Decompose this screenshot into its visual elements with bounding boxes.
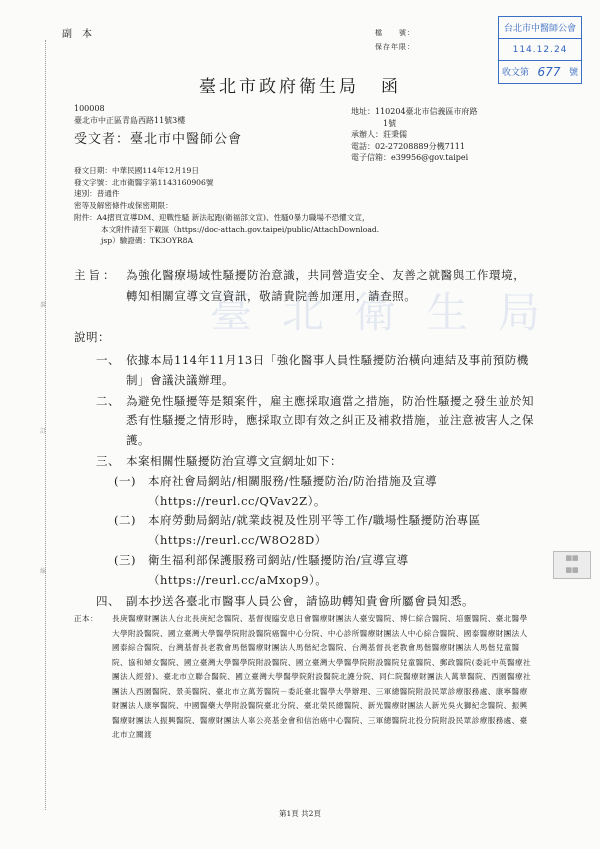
handler-label: 承辦人： — [351, 130, 383, 139]
email-label: 電子信箱： — [351, 153, 391, 162]
sub-item-text: 衛生福利部保護服務司網站/性騷擾防治/宣導宣導（https://reurl.cc… — [136, 551, 536, 591]
receipt-stamp-date: 114.12.24 — [499, 39, 581, 61]
sub-item-number: (二) — [114, 511, 136, 551]
item-number: 一、 — [96, 351, 126, 391]
contact-address-label: 地址： — [351, 107, 375, 116]
recipient-label: 受文者： — [74, 132, 130, 147]
item-text: 副本抄送各臺北市醫事人員公會，請協助轉知貴會所屬會員知悉。 — [126, 592, 474, 612]
binding-mark-ding: 訂 — [40, 426, 46, 435]
explanation-label: 說明： — [74, 329, 110, 345]
speed-label: 速別： — [74, 189, 97, 198]
subject-label: 主旨： — [74, 265, 126, 307]
phone-number: 02-27208889分機7111 — [375, 142, 465, 151]
secrecy-label: 密等及解密條件或保密期限： — [74, 201, 173, 210]
binding-mark-zhuang: 裝 — [40, 300, 46, 309]
sub-item-number: (一) — [114, 472, 136, 512]
binding-line — [45, 40, 46, 810]
explanation-item: 一、 依據本局114年11月13日「強化醫事人員性騷擾防治橫向連結及事前預防機制… — [96, 351, 536, 391]
item-number: 四、 — [96, 592, 126, 612]
cc-label: 正本： — [74, 612, 112, 743]
email-address: e39956@gov.taipei — [391, 153, 468, 162]
sub-item: (二) 本府勞動局網站/就業歧視及性別平等工作/職場性騷擾防治專區（https:… — [126, 511, 536, 551]
sender-address-block: 100008 臺北市中正區青島西路11號3樓 — [74, 103, 185, 127]
issue-date-label: 發文日期： — [74, 166, 112, 175]
explanation-list: 一、 依據本局114年11月13日「強化醫事人員性騷擾防治橫向連結及事前預防機制… — [96, 351, 536, 612]
small-seal-stamp: ▦▦▦▦ — [553, 551, 591, 579]
page-number: 第1頁 共2頁 — [0, 808, 600, 819]
cc-section: 正本： 長庚醫療財團法人台北長庚紀念醫院、基督復臨安息日會醫療財團法人臺安醫院、… — [74, 612, 534, 743]
explanation-item: 三、 本案相關性騷擾防治宣導文宣網址如下： (一) 本府社會局網站/相關服務/性… — [96, 452, 536, 591]
copy-mark: 副本 — [62, 25, 102, 40]
cc-text: 長庚醫療財團法人台北長庚紀念醫院、基督復臨安息日會醫療財團法人臺安醫院、博仁綜合… — [112, 612, 534, 743]
doc-no-label: 發文字號： — [74, 178, 112, 187]
receipt-stamp-org: 台北市中醫師公會 — [499, 17, 581, 39]
item-text: 本案相關性騷擾防治宣導文宣網址如下： — [126, 452, 536, 472]
file-meta: 檔 號： 保存年限： — [355, 26, 415, 54]
agency-name: 臺北市政府衛生局 — [199, 77, 359, 97]
speed: 普通件 — [97, 189, 120, 198]
phone-label: 電話： — [351, 142, 375, 151]
item-number: 二、 — [96, 392, 126, 451]
retention-label: 保存年限： — [355, 40, 415, 54]
doc-no: 北市衛醫字第1143160906號 — [112, 178, 213, 187]
sub-item-number: (三) — [114, 551, 136, 591]
subject-section: 主旨： 為強化醫療場域性騷擾防治意識，共同營造安全、友善之就醫與工作環境，轉知相… — [74, 265, 534, 307]
recipient-name: 臺北市中醫師公會 — [130, 132, 242, 147]
recipient: 受文者：臺北市中醫師公會 — [74, 128, 242, 147]
attachment-label: 附件： — [74, 213, 97, 222]
document-meta: 發文日期：中華民國114年12月19日 發文字號：北市衛醫字第114316090… — [74, 165, 534, 247]
issue-date: 中華民國114年12月19日 — [112, 166, 199, 175]
sender-postal-code: 100008 — [74, 103, 185, 115]
document-type: 函 — [381, 77, 401, 97]
attachment-line-3: jsp）驗證碼：TK3OYR8A — [74, 235, 534, 247]
file-number-label: 檔 號： — [355, 26, 415, 40]
explanation-item: 四、 副本抄送各臺北市醫事人員公會，請協助轉知貴會所屬會員知悉。 — [96, 592, 536, 612]
attachment-line-2: 本文附件請至下載區（https://doc-attach.gov.taipei/… — [74, 224, 534, 236]
contact-address-cont: 1號 — [351, 118, 478, 130]
sub-item: (三) 衛生福利部保護服務司網站/性騷擾防治/宣導宣導（https://reur… — [126, 551, 536, 591]
sub-item: (一) 本府社會局網站/相關服務/性騷擾防治/防治措施及宣導（https://r… — [126, 472, 536, 512]
subject-text: 為強化醫療場域性騷擾防治意識，共同營造安全、友善之就醫與工作環境，轉知相關宣導文… — [126, 265, 534, 307]
sender-address: 臺北市中正區青島西路11號3樓 — [74, 115, 185, 127]
handler-name: 莊秉儒 — [383, 130, 407, 139]
sub-item-text: 本府社會局網站/相關服務/性騷擾防治/防治措施及宣導（https://reurl… — [136, 472, 536, 512]
document-title: 臺北市政府衛生局函 — [0, 72, 600, 97]
explanation-item: 二、 為避免性騷擾等是類案件，雇主應採取適當之措施，防治性騷擾之發生並於知悉有性… — [96, 392, 536, 451]
binding-mark-xian: 線 — [40, 566, 46, 575]
attachment-line-1: A4摺頁宣導DM、迎戰性騷 新法起跑(衛福部文宣)、性騷0暴力職場不恐懼文宣， — [97, 213, 370, 222]
item-text: 依據本局114年11月13日「強化醫事人員性騷擾防治橫向連結及事前預防機制」會議… — [126, 351, 536, 391]
sub-item-text: 本府勞動局網站/就業歧視及性別平等工作/職場性騷擾防治專區（https://re… — [136, 511, 536, 551]
item-text: 為避免性騷擾等是類案件，雇主應採取適當之措施，防治性騷擾之發生並於知悉有性騷擾之… — [126, 392, 536, 451]
contact-address: 110204臺北市信義區市府路 — [375, 107, 478, 116]
contact-block: 地址：110204臺北市信義區市府路 1號 承辦人：莊秉儒 電話：02-2720… — [351, 106, 478, 164]
